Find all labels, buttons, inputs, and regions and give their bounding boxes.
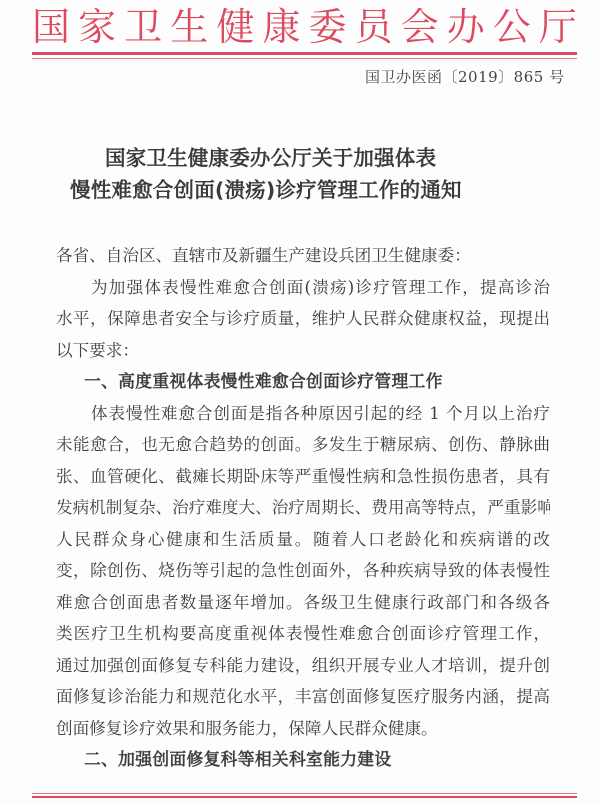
section-1-paragraph-line: 发病机制复杂、治疗难度大、治疗周期长、费用高等特点，严重影响: [56, 492, 550, 524]
letterhead-rule-thick: [32, 52, 577, 55]
letterhead-char: 委: [308, 6, 346, 48]
footer-rule-thin: [32, 793, 577, 794]
document-title-line-1: 国家卫生健康委办公厅关于加强体表: [105, 146, 436, 170]
letterhead-char: 健: [216, 6, 254, 48]
footer-rule-thick: [32, 796, 577, 798]
document-title-line-2: 慢性难愈合创面(溃疡)诊疗管理工作的通知: [70, 178, 462, 202]
letterhead-char: 家: [78, 6, 116, 48]
section-1-paragraph-line: 人民群众身心健康和生活质量。随着人口老龄化和疾病谱的改: [56, 524, 550, 556]
document-number: 国卫办医函〔2019〕865 号: [365, 67, 555, 87]
letterhead-char: 厅: [539, 6, 577, 48]
letterhead-char: 国: [32, 6, 70, 48]
section-1-paragraph-line: 张、血管硬化、截瘫长期卧床等严重慢性病和急性损伤患者，具有: [56, 461, 550, 493]
intro-paragraph-line: 以下要求：: [56, 335, 550, 367]
letterhead-rule-thin: [32, 58, 577, 59]
section-1-paragraph-line: 创面修复诊疗效果和服务能力，保障人民群众健康。: [56, 713, 550, 745]
letterhead-char: 公: [493, 6, 531, 48]
section-1-paragraph-line: 通过加强创面修复专科能力建设，组织开展专业人才培训，提升创: [56, 650, 550, 682]
section-1-heading: 一、高度重视体表慢性难愈合创面诊疗管理工作: [56, 366, 550, 398]
section-1-paragraph-line: 类医疗卫生机构要高度重视体表慢性难愈合创面诊疗管理工作，: [56, 618, 550, 650]
section-1-paragraph-line: 变，除创伤、烧伤等引起的急性创面外，各种疾病导致的体表慢性: [56, 555, 550, 587]
section-1-paragraph-line: 体表慢性难愈合创面是指各种原因引起的经 1 个月以上治疗: [56, 398, 550, 430]
section-1-paragraph-line: 未能愈合，也无愈合趋势的创面。多发生于糖尿病、创伤、静脉曲: [56, 429, 550, 461]
intro-paragraph-line: 为加强体表慢性难愈合创面(溃疡)诊疗管理工作，提高诊治: [56, 272, 550, 304]
document-body: 各省、自治区、直辖市及新疆生产建设兵团卫生健康委： 为加强体表慢性难愈合创面(溃…: [56, 240, 550, 776]
section-1-paragraph-line: 难愈合创面患者数量逐年增加。各级卫生健康行政部门和各级各: [56, 587, 550, 619]
addressee: 各省、自治区、直辖市及新疆生产建设兵团卫生健康委：: [56, 240, 550, 272]
letterhead-char: 生: [170, 6, 208, 48]
letterhead-char: 会: [401, 6, 439, 48]
letterhead-char: 员: [355, 6, 393, 48]
intro-paragraph-line: 水平，保障患者安全与诊疗质量，维护人民群众健康权益，现提出: [56, 303, 550, 335]
letterhead-char: 办: [447, 6, 485, 48]
letterhead-org-name: 国 家 卫 生 健 康 委 员 会 办 公 厅: [32, 6, 577, 48]
section-1-paragraph-line: 面修复诊治能力和规范化水平，丰富创面修复医疗服务内涵，提高: [56, 681, 550, 713]
letterhead-char: 康: [262, 6, 300, 48]
section-2-heading: 二、加强创面修复科等相关科室能力建设: [56, 744, 550, 776]
letterhead-char: 卫: [124, 6, 162, 48]
